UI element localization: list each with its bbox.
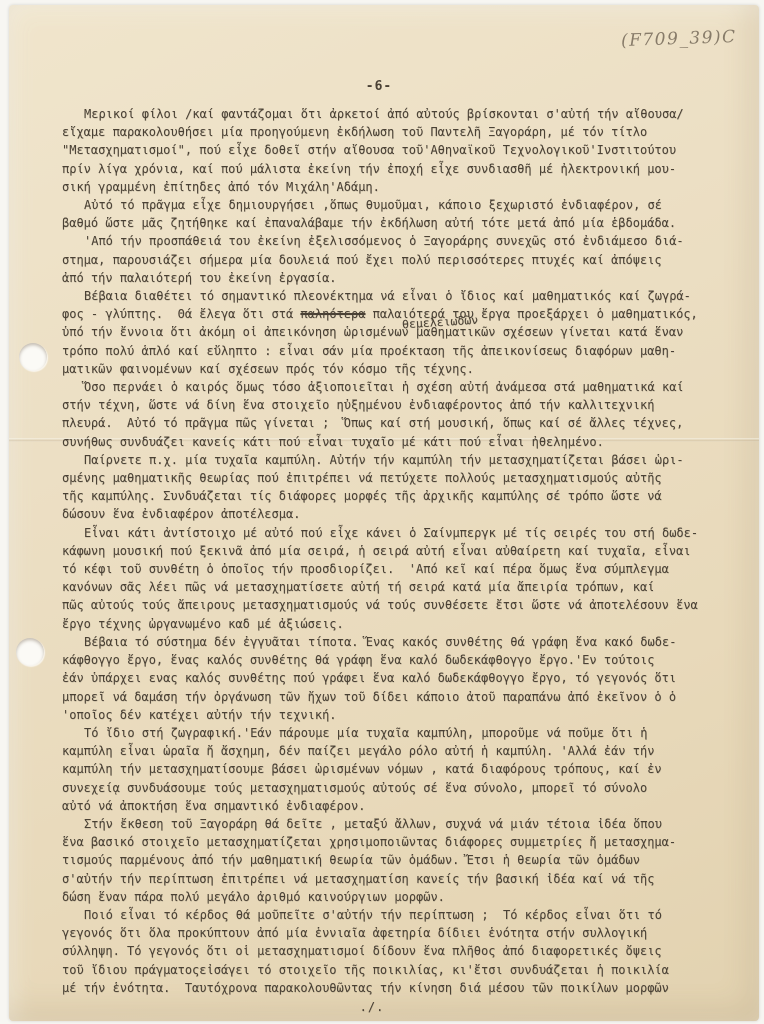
text-line: ἀπό τήν παλαιότερή του ἐκείνη ἐργασία. [62, 269, 754, 287]
text-line: σ'αὐτήν τήν περίπτωση ἐπιτρέπει νά μετασ… [62, 870, 754, 888]
text-line: συνήθως συνδυάζει κανείς κάτι πού εἶναι … [62, 433, 754, 451]
text-line: "Μετασχηματισμοί", πού εἶχε δοθεῖ στήν α… [62, 141, 754, 159]
text-line: κάφθογγο ἔργο, ἕνας καλός συνθέτης θά γρ… [62, 651, 754, 669]
text-line: Στήν ἔκθεση τοῦ Ξαγοράρη θά δεῖτε , μετα… [62, 815, 754, 833]
text-line: στήν τέχνη, ὥστε νά δίνη ἕνα στοιχεῖο ηὐ… [62, 396, 754, 414]
text-line: μέ τήν ἑνότητα. Ταυτόχρονα παρακολουθῶντ… [62, 979, 754, 997]
punch-hole-top [19, 343, 47, 371]
text-line: στημα, παρουσιάζει σήμερα μία δουλειά πο… [62, 251, 754, 269]
text-line: μπορεῖ νά δαμάση τήν ὀργάνωση τῶν ἤχων τ… [62, 688, 754, 706]
text-line: Εἶναι κάτι ἀντίστοιχο μέ αὐτό πού εἶχε κ… [62, 524, 754, 542]
text-line: 'οποῖος δέν κατέχει αὐτήν τήν τεχνική. [62, 706, 754, 724]
text-line: δώση ἕναν πάρα πολύ μεγάλο ἀριθμό καινού… [62, 888, 754, 906]
text-line: Αὐτό τό πρᾶγμα εἶχε δημιουργήσει ,ὅπως θ… [62, 196, 754, 214]
text-segment: φος - γλύπτης. Θά ἔλεγα ὅτι στά [62, 307, 300, 321]
text-line: κάφωνη μουσική πού ξεκινᾶ ἀπό μία σειρά,… [62, 542, 754, 560]
text-line: Παίρνετε π.χ. μία τυχαῖα καμπύλη. Αὐτήν … [62, 451, 754, 469]
struck-out-word: παληότερα [300, 307, 365, 321]
text-line: συνεχείᾳ συνδυάσουμε τούς μετασχηματισμο… [62, 779, 754, 797]
text-line: αὐτό νά ἀποκτήση ἕνα σημαντικό ἐνδιαφέρο… [62, 797, 754, 815]
document-body: Μερικοί φίλοι /καί φαντάζομαι ὅτι ἀρκετο… [62, 105, 754, 1016]
punch-hole-bottom [16, 638, 44, 666]
text-line: σύλληψη. Τό γεγονός ὅτι οἱ μετασχηματισμ… [62, 942, 754, 960]
text-line: τό κέφι τοῦ συνθέτη ὁ ὁποῖος τήν προσδιο… [62, 560, 754, 578]
text-line: ἕνα βασικό στοιχεῖο μετασχηματίζεται χρη… [62, 833, 754, 851]
text-line: ἔργο τέχνης ὠργανωμένο καδ μέ ἀξιώσεις. [62, 615, 754, 633]
text-line: πῶς αὐτούς τούς ἄπειρους μετασχηματισμού… [62, 596, 754, 614]
text-line: δώσουν ἕνα ἐνδιαφέρον ἀποτέλεσμα. [62, 505, 754, 523]
text-line: Ποιό εἶναι τό κέρδος θά μοῦπεῖτε σ'αὐτήν… [62, 906, 754, 924]
text-line: 'Από τήν προσπάθειά του ἐκείνη ἐξελισσόμ… [62, 232, 754, 250]
text-line: γεγονός ὅτι ὅλα προκύπτουν ἀπό μία ἑννια… [62, 924, 754, 942]
text-line: καμπύλη εἶναι ὡραῖα ἤ ἄσχημη, δέν παίζει… [62, 742, 754, 760]
text-line: σμένης μαθηματικῆς θεωρίας πού ἐπιτρέπει… [62, 469, 754, 487]
text-line: σική γραμμένη ἐπίτηδες ἀπό τόν Μιχάλη'Αδ… [62, 178, 754, 196]
text-line: Τό ἴδιο στή ζωγραφική.'Εάν πάρουμε μία τ… [62, 724, 754, 742]
handwritten-annotation: (F709_39)C [621, 27, 737, 51]
text-line: βαθμό ὥστε μᾶς ζητήθηκε καί ἐπαναλάβαμε … [62, 214, 754, 232]
text-line: Ὅσο περνάει ὁ καιρός ὅμως τόσο ἀξιοποιεῖ… [62, 378, 754, 396]
page-number: -6- [9, 79, 749, 94]
text-line: Βέβαια διαθέτει τό σημαντικό πλεονέκτημα… [62, 287, 754, 305]
text-line: τῆς καμπύλης. Συνδυάζεται τίς διάφορες μ… [62, 487, 754, 505]
text-line: εἴχαμε παρακολουθήσει μία προηγούμενη ἐκ… [62, 123, 754, 141]
text-line: πρίν λίγα χρόνια, καί πού μάλιστα ἐκείνη… [62, 160, 754, 178]
text-segment: ὑπό τήν ἔννοια ὅτι ἀκόμη οἱ ἀπεικόνηση ὡ… [62, 325, 683, 339]
text-line: Μερικοί φίλοι /καί φαντάζομαι ὅτι ἀρκετο… [62, 105, 754, 123]
text-line: τρόπο πολύ ἁπλό καί εὔληπτο : εἶναι σάν … [62, 342, 754, 360]
text-line: Βέβαια τό σύστημα δέν ἐγγυᾶται τίποτα. Ἕ… [62, 633, 754, 651]
end-of-page-mark: ./. [62, 997, 682, 1016]
text-line: πλευρά. Αὐτό τό πρᾶγμα πῶς γίνεται ; Ὅπω… [62, 414, 754, 432]
text-line: ἐάν ὑπάρχει ενας καλός συνθέτης πού γράφ… [62, 669, 754, 687]
text-line: ὑπό τήν ἔννοια ὅτι ἀκόμη οἱ ἀπεικόνηση ὡ… [62, 323, 754, 341]
text-line: καμπύλη τήν μετασχηματίσουμε βάσει ὡρισμ… [62, 760, 754, 778]
text-line: κανόνων σᾶς λέει πῶς νά μετασχηματίσετε … [62, 578, 754, 596]
text-line: τοῦ ἴδιου πράγματοςεἰσάγει τό στοιχεῖο τ… [62, 961, 754, 979]
typewritten-text: Μερικοί φίλοι /καί φαντάζομαι ὅτι ἀρκετο… [62, 105, 754, 997]
paper-sheet: (F709_39)C -6- Μερικοί φίλοι /καί φαντάζ… [9, 5, 759, 1021]
text-line: τισμούς παρμένους ἀπό τήν μαθηματική θεω… [62, 851, 754, 869]
text-line: ματικῶν φαινομένων καί σχέσεων πρός τόν … [62, 360, 754, 378]
